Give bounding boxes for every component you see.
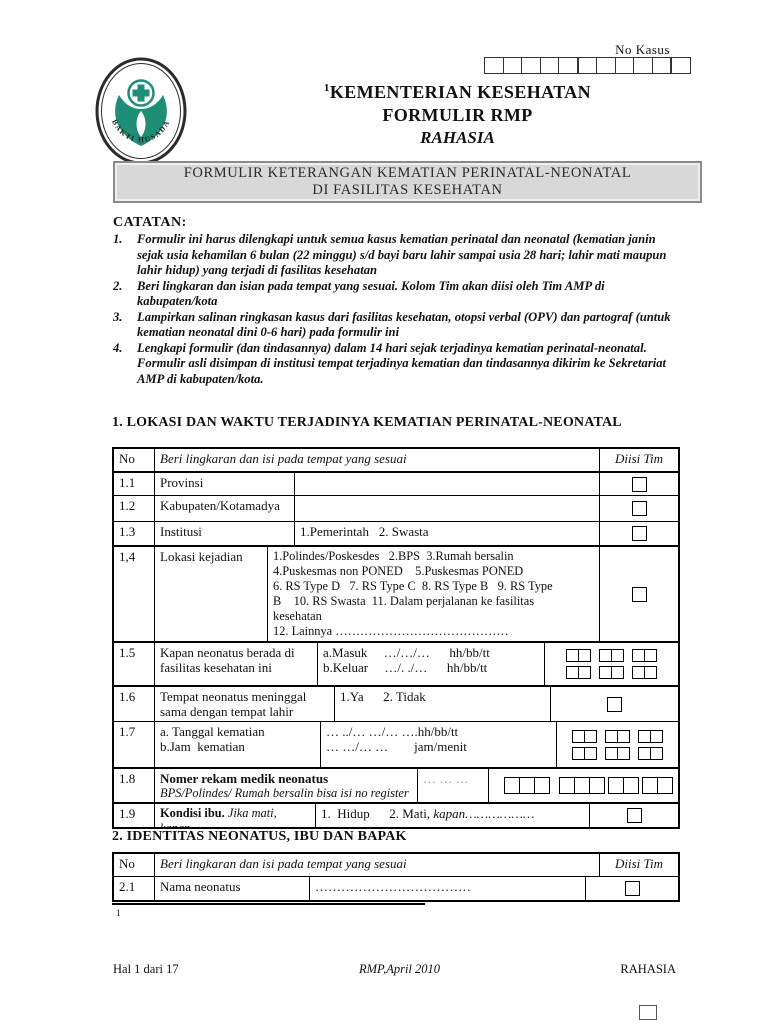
date-box-pair[interactable] bbox=[566, 666, 591, 679]
form-banner: FORMULIR KETERANGAN KEMATIAN PERINATAL-N… bbox=[113, 161, 702, 203]
col-no-header: No bbox=[114, 854, 154, 876]
box-cell[interactable] bbox=[540, 57, 560, 74]
date-box-pair[interactable] bbox=[638, 747, 663, 760]
code-box-group[interactable] bbox=[504, 777, 550, 794]
code-box-group[interactable] bbox=[559, 777, 605, 794]
date-box-pair[interactable] bbox=[599, 649, 624, 662]
row-no: 1.7 bbox=[114, 722, 154, 767]
box-cell[interactable] bbox=[578, 57, 598, 74]
box-cell[interactable] bbox=[534, 777, 550, 794]
box-cell[interactable] bbox=[611, 649, 624, 662]
row-no: 1.6 bbox=[114, 687, 154, 721]
notes-title: CATATAN: bbox=[113, 215, 680, 231]
form-title: FORMULIR RMP bbox=[225, 105, 690, 126]
row-sublabel: BPS/Polindes/ Rumah bersalin bisa isi no… bbox=[160, 786, 412, 801]
box-cell[interactable] bbox=[617, 730, 630, 743]
table-row-1-1: 1.1 Provinsi bbox=[114, 471, 678, 495]
row-label: Provinsi bbox=[154, 473, 294, 495]
kondisi-ibu-options[interactable]: 1. Hidup 2. Mati, kapan……………… bbox=[315, 804, 589, 827]
footnote-rule bbox=[112, 903, 425, 905]
box-cell[interactable] bbox=[578, 666, 591, 679]
box-cell[interactable] bbox=[650, 747, 663, 760]
box-cell[interactable] bbox=[611, 666, 624, 679]
tim-checkbox[interactable] bbox=[632, 526, 647, 541]
box-cell[interactable] bbox=[584, 730, 597, 743]
box-cell[interactable] bbox=[644, 649, 657, 662]
note-item-4: 4.Lengkapi formulir (dan tindasannya) da… bbox=[113, 341, 680, 388]
date-box-pair[interactable] bbox=[632, 666, 657, 679]
row-no: 1.3 bbox=[114, 522, 154, 545]
section1-table: No Beri lingkaran dan isi pada tempat ya… bbox=[112, 447, 680, 829]
section2-table: No Beri lingkaran dan isi pada tempat ya… bbox=[112, 852, 680, 902]
code-box-group[interactable] bbox=[608, 777, 639, 794]
table-row-1-9: 1.9 Kondisi ibu. Jika mati, kapan 1. Hid… bbox=[114, 802, 678, 827]
box-cell[interactable] bbox=[596, 57, 616, 74]
banner-line2: DI FASILITAS KESEHATAN bbox=[115, 182, 700, 199]
box-cell[interactable] bbox=[615, 57, 635, 74]
table-header-row: No Beri lingkaran dan isi pada tempat ya… bbox=[114, 449, 678, 471]
row-no: 1,4 bbox=[114, 547, 154, 641]
table-header-row: No Beri lingkaran dan isi pada tempat ya… bbox=[114, 854, 678, 876]
masuk-keluar-fields[interactable]: a.Masuk …/…/… hh/bb/tt b.Keluar …/. ./… … bbox=[317, 643, 544, 685]
page-footer: Hal 1 dari 17 RMP,April 2010 RAHASIA bbox=[113, 962, 676, 977]
table-row-1-2: 1.2 Kabupaten/Kotamadya bbox=[114, 495, 678, 521]
rekam-medik-boxes[interactable] bbox=[494, 771, 673, 800]
col-no-header: No bbox=[114, 449, 154, 471]
box-cell[interactable] bbox=[642, 777, 658, 794]
col-tim-header: Diisi Tim bbox=[599, 854, 678, 876]
no-kasus-boxes[interactable] bbox=[484, 57, 691, 72]
date-box-pair[interactable] bbox=[566, 649, 591, 662]
corner-checkbox[interactable] bbox=[639, 1005, 657, 1020]
note-item-2: 2.Beri lingkaran dan isian pada tempat y… bbox=[113, 279, 680, 310]
box-cell[interactable] bbox=[650, 730, 663, 743]
row-label: Kapan neonatus berada di fasilitas keseh… bbox=[154, 643, 317, 685]
date-box-pair[interactable] bbox=[572, 747, 597, 760]
no-kasus-label: No Kasus bbox=[560, 42, 670, 58]
box-cell[interactable] bbox=[617, 747, 630, 760]
box-cell[interactable] bbox=[623, 777, 639, 794]
box-cell[interactable] bbox=[574, 777, 590, 794]
box-cell[interactable] bbox=[652, 57, 673, 74]
box-cell[interactable] bbox=[484, 57, 504, 74]
table-row-1-6: 1.6 Tempat neonatus meninggal sama denga… bbox=[114, 685, 678, 721]
date-box-pair[interactable] bbox=[599, 666, 624, 679]
col-tim-header: Diisi Tim bbox=[599, 449, 678, 471]
date-code-boxes[interactable] bbox=[566, 649, 657, 679]
kabupaten-blank[interactable] bbox=[294, 496, 599, 521]
box-cell[interactable] bbox=[671, 57, 691, 74]
table-row-2-1: 2.1 Nama neonatus ……………………………… bbox=[114, 876, 678, 900]
lokasi-options[interactable]: 1.Polindes/Poskesdes 2.BPS 3.Rumah bersa… bbox=[267, 547, 599, 641]
date-box-pair[interactable] bbox=[605, 747, 630, 760]
row-no: 1.2 bbox=[114, 496, 154, 521]
nama-neonatus-blank[interactable]: ……………………………… bbox=[309, 877, 585, 900]
date-box-pair[interactable] bbox=[632, 649, 657, 662]
col-main-header: Beri lingkaran dan isi pada tempat yang … bbox=[154, 854, 599, 876]
box-cell[interactable] bbox=[608, 777, 624, 794]
row-label: Nomer rekam medik neonatus bbox=[160, 771, 412, 786]
box-cell[interactable] bbox=[578, 649, 591, 662]
row-label: Kondisi ibu. bbox=[160, 806, 225, 820]
institusi-options[interactable]: 1.Pemerintah 2. Swasta bbox=[294, 522, 599, 545]
row-no: 2.1 bbox=[114, 877, 154, 900]
banner-line1: FORMULIR KETERANGAN KEMATIAN PERINATAL-N… bbox=[115, 165, 700, 182]
tim-checkbox[interactable] bbox=[627, 808, 642, 823]
row-label: a. Tanggal kematian b.Jam kematian bbox=[154, 722, 320, 767]
box-cell[interactable] bbox=[589, 777, 605, 794]
rekam-medik-blank[interactable]: … … … bbox=[417, 769, 488, 802]
date-box-pair[interactable] bbox=[638, 730, 663, 743]
table-row-1-4: 1,4 Lokasi kejadian 1.Polindes/Poskesdes… bbox=[114, 545, 678, 641]
notes-section: CATATAN: 1.Formulir ini harus dilengkapi… bbox=[113, 215, 680, 387]
table-row-1-5: 1.5 Kapan neonatus berada di fasilitas k… bbox=[114, 641, 678, 685]
box-cell[interactable] bbox=[633, 57, 653, 74]
box-cell[interactable] bbox=[558, 57, 579, 74]
box-cell[interactable] bbox=[504, 777, 520, 794]
section1-title: 1. LOKASI DAN WAKTU TERJADINYA KEMATIAN … bbox=[112, 415, 622, 431]
ya-tidak-options[interactable]: 1.Ya 2. Tidak bbox=[334, 687, 550, 721]
date-box-pair[interactable] bbox=[572, 730, 597, 743]
tim-checkbox[interactable] bbox=[632, 587, 647, 602]
row-no: 1.5 bbox=[114, 643, 154, 685]
confidential-label: RAHASIA bbox=[225, 128, 690, 148]
footnote-marker: 1 bbox=[116, 908, 121, 918]
row-label: Tempat neonatus meninggal sama dengan te… bbox=[154, 687, 334, 721]
date-code-boxes[interactable] bbox=[572, 730, 663, 760]
code-box-group[interactable] bbox=[642, 777, 673, 794]
bakti-husada-logo: BAKTI HUSADA bbox=[94, 56, 188, 166]
note-item-3: 3.Lampirkan salinan ringkasan kasus dari… bbox=[113, 310, 680, 341]
provinsi-blank[interactable] bbox=[294, 473, 599, 495]
footer-form-version: RMP,April 2010 bbox=[359, 962, 440, 977]
tim-checkbox[interactable] bbox=[607, 697, 622, 712]
row-no: 1.1 bbox=[114, 473, 154, 495]
box-cell[interactable] bbox=[657, 777, 673, 794]
col-main-header: Beri lingkaran dan isi pada tempat yang … bbox=[154, 449, 599, 471]
box-cell[interactable] bbox=[521, 57, 541, 74]
ministry-title: 1KEMENTERIAN KESEHATAN bbox=[225, 82, 690, 103]
table-row-1-7: 1.7 a. Tanggal kematian b.Jam kematian …… bbox=[114, 721, 678, 767]
section2-title: 2. IDENTITAS NEONATUS, IBU DAN BAPAK bbox=[112, 829, 407, 845]
tim-checkbox[interactable] bbox=[632, 477, 647, 492]
date-box-pair[interactable] bbox=[605, 730, 630, 743]
row-label: Institusi bbox=[154, 522, 294, 545]
row-no: 1.8 bbox=[114, 769, 154, 802]
box-cell[interactable] bbox=[584, 747, 597, 760]
box-cell[interactable] bbox=[559, 777, 575, 794]
note-item-1: 1.Formulir ini harus dilengkapi untuk se… bbox=[113, 232, 680, 279]
box-cell[interactable] bbox=[644, 666, 657, 679]
row-label: Nama neonatus bbox=[154, 877, 309, 900]
row-no: 1.9 bbox=[114, 804, 154, 827]
form-page: No Kasus BAKTI HUSADA 1KEMENTERIAN KESEH… bbox=[0, 0, 768, 1024]
tim-checkbox[interactable] bbox=[632, 501, 647, 516]
footer-page-number: Hal 1 dari 17 bbox=[113, 962, 179, 977]
box-cell[interactable] bbox=[519, 777, 535, 794]
box-cell[interactable] bbox=[503, 57, 523, 74]
table-row-1-3: 1.3 Institusi 1.Pemerintah 2. Swasta bbox=[114, 521, 678, 545]
tanggal-jam-fields[interactable]: … ../… …/… ….hh/bb/tt … …/… … jam/menit bbox=[320, 722, 556, 767]
footer-confidential: RAHASIA bbox=[620, 962, 676, 977]
table-row-1-8: 1.8 Nomer rekam medik neonatus BPS/Polin… bbox=[114, 767, 678, 802]
tim-checkbox[interactable] bbox=[625, 881, 640, 896]
row-label: Kabupaten/Kotamadya bbox=[154, 496, 294, 521]
row-label: Lokasi kejadian bbox=[154, 547, 267, 641]
document-header: 1KEMENTERIAN KESEHATAN FORMULIR RMP RAHA… bbox=[225, 82, 690, 148]
